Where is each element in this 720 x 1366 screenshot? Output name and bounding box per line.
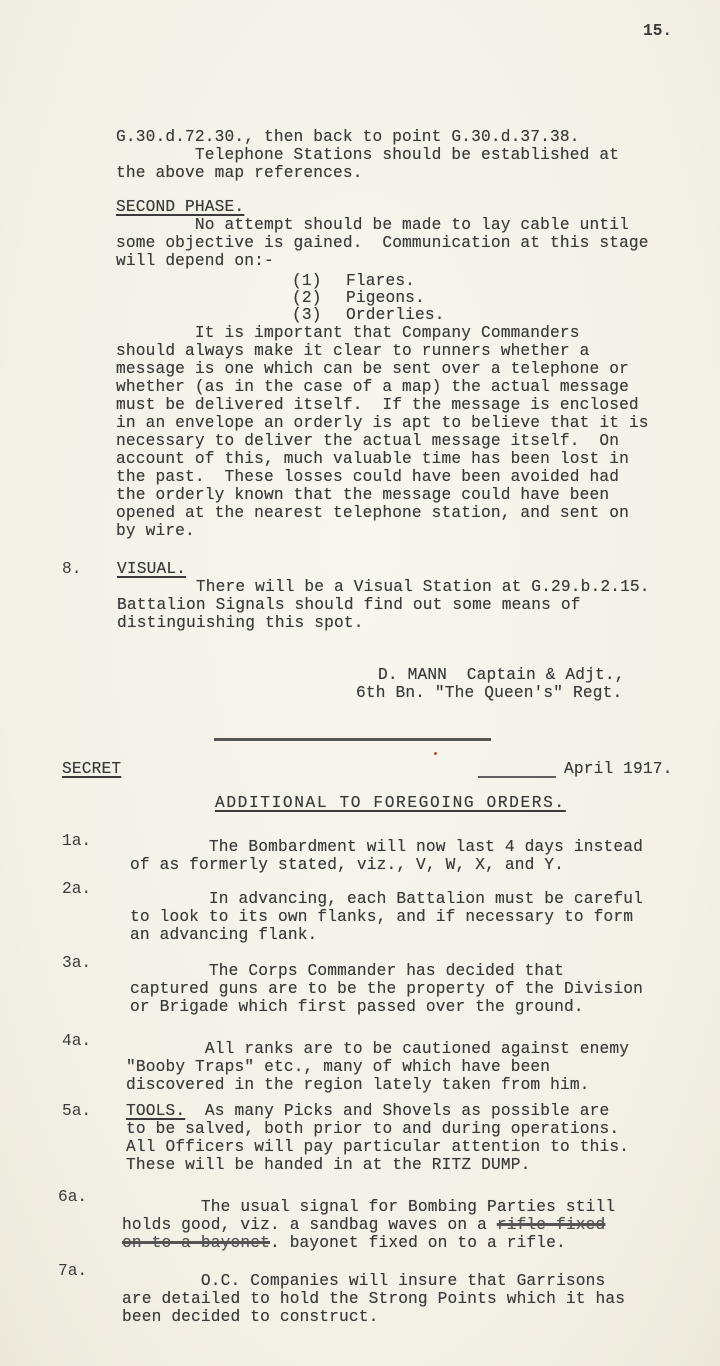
text-line: discovered in the region lately taken fr…	[126, 1076, 590, 1094]
text-line: Battalion Signals should find out some m…	[117, 596, 581, 614]
text-line: All Officers will pay particular attenti…	[126, 1138, 629, 1156]
item-number: 3a.	[62, 954, 91, 972]
item-number: 1a.	[62, 832, 91, 850]
text-line: account of this, much valuable time has …	[116, 450, 629, 468]
tools-heading: TOOLS.	[126, 1102, 185, 1120]
item-number: 6a.	[58, 1188, 87, 1206]
section-heading-visual: VISUAL.	[117, 560, 186, 578]
item-number: 2a.	[62, 880, 91, 898]
text-line: in an envelope an orderly is apt to beli…	[116, 414, 649, 432]
text-line: or Brigade which first passed over the g…	[130, 998, 584, 1016]
text-line: These will be handed in at the RITZ DUMP…	[126, 1156, 530, 1174]
text-line: It is important that Company Commanders	[116, 324, 580, 342]
text-line: The Corps Commander has decided that	[130, 962, 564, 980]
text-line: been decided to construct.	[122, 1308, 378, 1326]
text-line: distinguishing this spot.	[117, 614, 364, 632]
document-page: 15. G.30.d.72.30., then back to point G.…	[0, 0, 720, 1366]
text-line: All ranks are to be cautioned against en…	[126, 1040, 629, 1058]
divider-rule	[214, 738, 491, 741]
text-line: necessary to deliver the actual message …	[116, 432, 619, 450]
text-fragment: . bayonet fixed on to a rifle.	[270, 1234, 566, 1252]
text-line: some objective is gained. Communication …	[116, 234, 649, 252]
list-item: Orderlies.	[346, 306, 445, 324]
text-line: In advancing, each Battalion must be car…	[130, 890, 643, 908]
text-line: to be salved, both prior to and during o…	[126, 1120, 619, 1138]
signature-name: D. MANN Captain & Adjt.,	[378, 666, 625, 684]
tools-line: TOOLS. As many Picks and Shovels as poss…	[126, 1102, 609, 1120]
text-line: will depend on:-	[116, 252, 274, 270]
struck-text: rifle-fixed	[497, 1216, 606, 1234]
text-line: the above map references.	[116, 164, 363, 182]
tools-first-line: As many Picks and Shovels as possible ar…	[185, 1102, 609, 1120]
list-item: Pigeons.	[346, 289, 425, 307]
text-line: G.30.d.72.30., then back to point G.30.d…	[116, 128, 580, 146]
text-line: The Bombardment will now last 4 days ins…	[130, 838, 643, 856]
text-line: the orderly known that the message could…	[116, 486, 609, 504]
text-line: whether (as in the case of a map) the ac…	[116, 378, 629, 396]
list-number: (2)	[292, 289, 322, 307]
text-fragment: holds good, viz. a sandbag waves on a	[122, 1216, 497, 1234]
item-number: 4a.	[62, 1032, 91, 1050]
ink-mark	[434, 752, 437, 755]
text-line: There will be a Visual Station at G.29.b…	[117, 578, 650, 596]
item-number: 7a.	[58, 1262, 87, 1280]
text-line: an advancing flank.	[130, 926, 317, 944]
signature-unit: 6th Bn. "The Queen's" Regt.	[356, 684, 622, 702]
text-line: holds good, viz. a sandbag waves on a ri…	[122, 1216, 605, 1234]
addendum-title: ADDITIONAL TO FOREGOING ORDERS.	[215, 794, 566, 812]
list-item: Flares.	[346, 272, 415, 290]
list-number: (3)	[292, 306, 322, 324]
date-blank	[478, 776, 556, 778]
text-line: "Booby Traps" etc., many of which have b…	[126, 1058, 550, 1076]
text-line: opened at the nearest telephone station,…	[116, 504, 629, 522]
text-line: of as formerly stated, viz., V, W, X, an…	[130, 856, 564, 874]
page-number: 15.	[643, 22, 672, 40]
text-line: to look to its own flanks, and if necess…	[130, 908, 633, 926]
struck-text: on-to-a-bayonet	[122, 1234, 270, 1252]
text-line: the past. These losses could have been a…	[116, 468, 619, 486]
text-line: O.C. Companies will insure that Garrison…	[122, 1272, 605, 1290]
text-line: are detailed to hold the Strong Points w…	[122, 1290, 625, 1308]
item-number: 5a.	[62, 1102, 91, 1120]
text-line: on-to-a-bayonet. bayonet fixed on to a r…	[122, 1234, 566, 1252]
section-heading-second-phase: SECOND PHASE.	[116, 198, 244, 216]
list-number: (1)	[292, 272, 322, 290]
text-line: must be delivered itself. If the message…	[116, 396, 639, 414]
text-line: by wire.	[116, 522, 195, 540]
text-line: Telephone Stations should be established…	[116, 146, 619, 164]
date-text: April 1917.	[564, 760, 673, 778]
text-line: captured guns are to be the property of …	[130, 980, 643, 998]
section-number: 8.	[62, 560, 81, 578]
text-line: message is one which can be sent over a …	[116, 360, 629, 378]
text-line: No attempt should be made to lay cable u…	[116, 216, 629, 234]
text-line: should always make it clear to runners w…	[116, 342, 589, 360]
classification-label: SECRET	[62, 760, 121, 778]
text-line: The usual signal for Bombing Parties sti…	[122, 1198, 615, 1216]
